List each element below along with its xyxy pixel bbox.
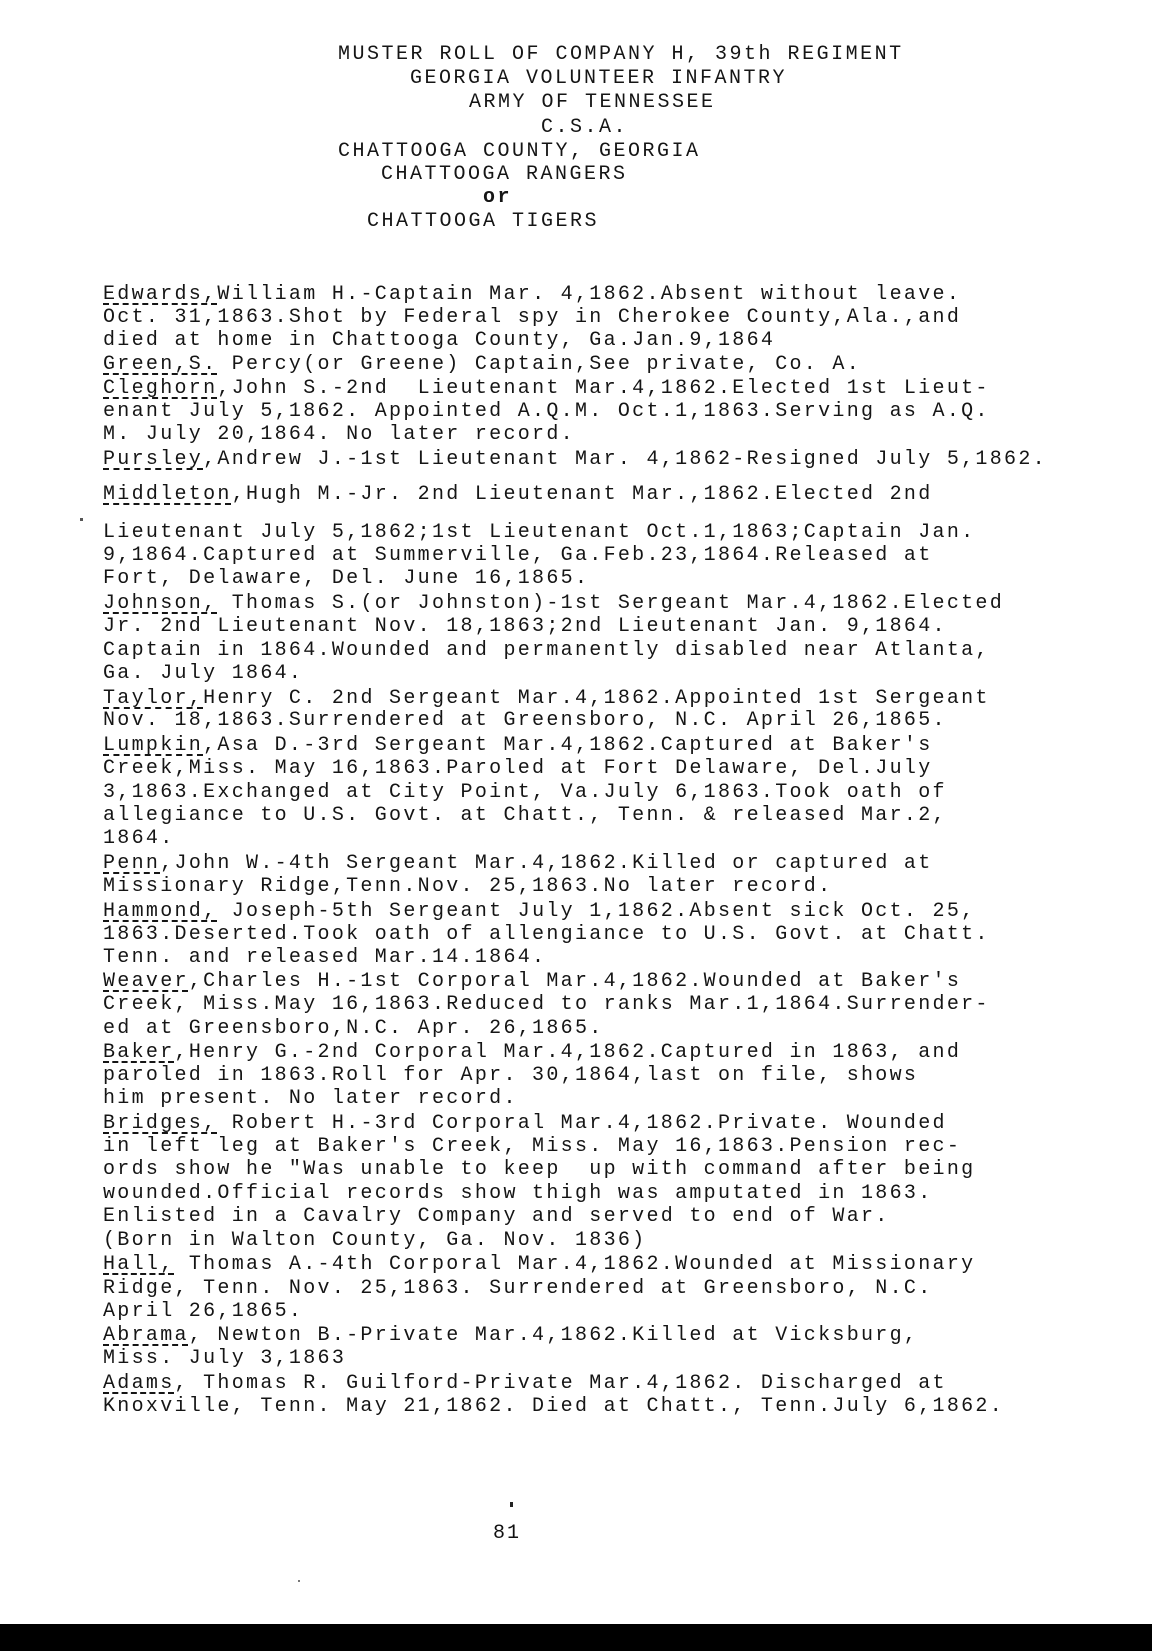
entry-edwards-line-3: died at home in Chattooga County, Ga.Jan… — [103, 330, 775, 352]
entry-lumpkin-line-5: 1864. — [103, 828, 175, 850]
entry-cleghorn-line-3: M. July 20,1864. No later record. — [103, 424, 575, 446]
entry-text: ,Andrew J.-1st Lieutenant Mar. 4,1862-Re… — [203, 448, 1047, 471]
entry-hammond-line-3: Tenn. and released Mar.14.1864. — [103, 947, 546, 969]
header-subtitle: GEORGIA VOLUNTEER INFANTRY — [410, 68, 787, 90]
entry-text: , Thomas R. Guilford-Private Mar.4,1862.… — [175, 1372, 947, 1395]
surname: Cleghorn — [103, 377, 217, 400]
entry-lumpkin-line-1: Lumpkin,Asa D.-3rd Sergeant Mar.4,1862.C… — [103, 735, 933, 757]
entry-abrama-line-1: Abrama, Newton B.-Private Mar.4,1862.Kil… — [103, 1325, 918, 1347]
entry-text: ,John W.-4th Sergeant Mar.4,1862.Killed … — [160, 852, 932, 875]
entry-weaver-line-3: ed at Greensboro,N.C. Apr. 26,1865. — [103, 1018, 604, 1040]
entry-penn-line-2: Missionary Ridge,Tenn.Nov. 25,1863.No la… — [103, 876, 832, 898]
entry-penn-line-1: Penn,John W.-4th Sergeant Mar.4,1862.Kil… — [103, 853, 933, 875]
entry-text: ,Charles H.-1st Corporal Mar.4,1862.Woun… — [189, 970, 961, 993]
entry-bridges-line-3: ords show he "Was unable to keep up with… — [103, 1159, 975, 1181]
surname: Abrama — [103, 1324, 189, 1347]
entry-lumpkin-line-4: allegiance to U.S. Govt. at Chatt., Tenn… — [103, 805, 947, 827]
entry-text: ,Asa D.-3rd Sergeant Mar.4,1862.Captured… — [203, 734, 932, 757]
entry-baker-line-2: paroled in 1863.Roll for Apr. 30,1864,la… — [103, 1065, 918, 1087]
margin-speck — [80, 518, 83, 521]
surname: Edwards, — [103, 283, 217, 306]
entry-middleton-line-1: Middleton,Hugh M.-Jr. 2nd Lieutenant Mar… — [103, 484, 933, 506]
surname: Weaver — [103, 970, 189, 993]
entry-text: Thomas A.-4th Corporal Mar.4,1862.Wounde… — [175, 1253, 976, 1276]
entry-text: Henry C. 2nd Sergeant Mar.4,1862.Appoint… — [203, 687, 990, 710]
entry-lumpkin-line-3: 3,1863.Exchanged at City Point, Va.July … — [103, 782, 947, 804]
surname: Green,S. — [103, 353, 217, 376]
entry-cleghorn-line-2: enant July 5,1862. Appointed A.Q.M. Oct.… — [103, 401, 990, 423]
entry-middleton-line-2: Lieutenant July 5,1862;1st Lieutenant Oc… — [103, 522, 975, 544]
surname: Penn — [103, 852, 160, 875]
header-or: or — [483, 187, 512, 209]
entry-abrama-line-2: Miss. July 3,1863 — [103, 1348, 346, 1370]
entry-hall-line-1: Hall, Thomas A.-4th Corporal Mar.4,1862.… — [103, 1254, 975, 1276]
surname: Baker — [103, 1041, 175, 1064]
entry-hammond-line-2: 1863.Deserted.Took oath of allengiance t… — [103, 924, 990, 946]
surname: Taylor, — [103, 687, 203, 710]
entry-hall-line-3: April 26,1865. — [103, 1301, 303, 1323]
entry-text: Robert H.-3rd Corporal Mar.4,1862.Privat… — [217, 1112, 946, 1135]
entry-bridges-line-1: Bridges, Robert H.-3rd Corporal Mar.4,18… — [103, 1113, 947, 1135]
surname: Hammond, — [103, 900, 217, 923]
surname: Middleton — [103, 483, 232, 506]
entry-edwards-line-2: Oct. 31,1863.Shot by Federal spy in Cher… — [103, 307, 961, 329]
entry-text: William H.-Captain Mar. 4,1862.Absent wi… — [217, 283, 961, 306]
entry-lumpkin-line-2: Creek,Miss. May 16,1863.Paroled at Fort … — [103, 758, 933, 780]
entry-taylor-line-2: Nov. 18,1863.Surrendered at Greensboro, … — [103, 710, 947, 732]
surname: Bridges, — [103, 1112, 217, 1135]
entry-text: ,John S.-2nd Lieutenant Mar.4,1862.Elect… — [217, 377, 989, 400]
header-rangers: CHATTOOGA RANGERS — [381, 164, 628, 186]
entry-bridges-line-5: Enlisted in a Cavalry Company and served… — [103, 1206, 890, 1228]
surname: Pursley — [103, 448, 203, 471]
entry-johnson-line-1: Johnson, Thomas S.(or Johnston)-1st Serg… — [103, 593, 1004, 615]
entry-bridges-line-4: wounded.Official records show thigh was … — [103, 1183, 933, 1205]
entry-middleton-line-3: 9,1864.Captured at Summerville, Ga.Feb.2… — [103, 545, 933, 567]
entry-baker-line-3: him present. No later record. — [103, 1088, 518, 1110]
page-number: 81 — [493, 1522, 521, 1545]
entry-cleghorn-line-1: Cleghorn,John S.-2nd Lieutenant Mar.4,18… — [103, 378, 990, 400]
entry-weaver-line-1: Weaver,Charles H.-1st Corporal Mar.4,186… — [103, 971, 961, 993]
entry-pursley-line-1: Pursley,Andrew J.-1st Lieutenant Mar. 4,… — [103, 449, 1047, 471]
header-army: ARMY OF TENNESSEE — [469, 92, 716, 114]
entry-middleton-line-4: Fort, Delaware, Del. June 16,1865. — [103, 568, 589, 590]
entry-edwards-line-1: Edwards,William H.-Captain Mar. 4,1862.A… — [103, 284, 961, 306]
header-county: CHATTOOGA COUNTY, GEORGIA — [338, 141, 701, 163]
entry-text: ,Henry G.-2nd Corporal Mar.4,1862.Captur… — [175, 1041, 962, 1064]
entry-text: Percy(or Greene) Captain,See private, Co… — [217, 353, 861, 376]
entry-weaver-line-2: Creek, Miss.May 16,1863.Reduced to ranks… — [103, 994, 990, 1016]
surname: Adams — [103, 1372, 175, 1395]
entry-adams-line-1: Adams, Thomas R. Guilford-Private Mar.4,… — [103, 1373, 947, 1395]
entry-johnson-line-2: Jr. 2nd Lieutenant Nov. 18,1863;2nd Lieu… — [103, 616, 947, 638]
header-tigers: CHATTOOGA TIGERS — [367, 211, 599, 233]
entry-johnson-line-3: Captain in 1864.Wounded and permanently … — [103, 640, 990, 662]
entry-hall-line-2: Ridge, Tenn. Nov. 25,1863. Surrendered a… — [103, 1278, 933, 1300]
entry-text: Joseph-5th Sergeant July 1,1862.Absent s… — [217, 900, 975, 923]
document-page: MUSTER ROLL OF COMPANY H, 39th REGIMENT … — [0, 0, 1152, 1624]
header-csa: C.S.A. — [541, 117, 628, 139]
entry-green-line-1: Green,S. Percy(or Greene) Captain,See pr… — [103, 354, 861, 376]
header-title: MUSTER ROLL OF COMPANY H, 39th REGIMENT — [338, 44, 904, 66]
margin-speck — [298, 1580, 300, 1582]
entry-bridges-line-6: (Born in Walton County, Ga. Nov. 1836) — [103, 1230, 646, 1252]
surname: Johnson, — [103, 592, 217, 615]
surname: Lumpkin — [103, 734, 203, 757]
entry-adams-line-2: Knoxville, Tenn. May 21,1862. Died at Ch… — [103, 1396, 1004, 1418]
entry-bridges-line-2: in left leg at Baker's Creek, Miss. May … — [103, 1136, 961, 1158]
entry-text: , Newton B.-Private Mar.4,1862.Killed at… — [189, 1324, 918, 1347]
surname: Hall, — [103, 1253, 175, 1276]
entry-text: Thomas S.(or Johnston)-1st Sergeant Mar.… — [217, 592, 1004, 615]
entry-text: ,Hugh M.-Jr. 2nd Lieutenant Mar.,1862.El… — [232, 483, 933, 506]
scan-border — [0, 1624, 1152, 1651]
entry-taylor-line-1: Taylor,Henry C. 2nd Sergeant Mar.4,1862.… — [103, 688, 990, 710]
entry-johnson-line-4: Ga. July 1864. — [103, 663, 303, 685]
entry-baker-line-1: Baker,Henry G.-2nd Corporal Mar.4,1862.C… — [103, 1042, 961, 1064]
stray-mark — [510, 1502, 513, 1507]
entry-hammond-line-1: Hammond, Joseph-5th Sergeant July 1,1862… — [103, 901, 975, 923]
